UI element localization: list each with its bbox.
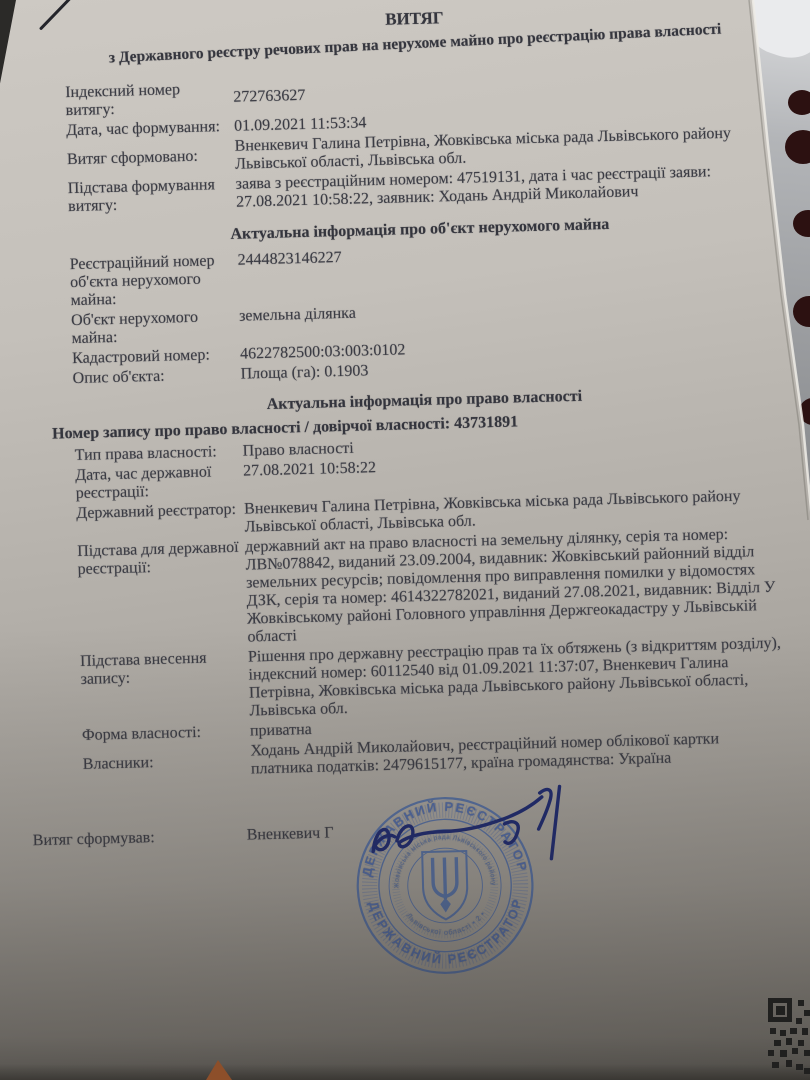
document-body: ВИТЯГ з Державного реєстру речових прав … [0, 0, 810, 785]
object-fields: Реєстраційний номер об'єкта нерухомого м… [69, 238, 774, 388]
field-label: Опис об'єкта: [72, 366, 240, 388]
field-label: Державний реєстратор: [76, 501, 244, 523]
signature-ink [353, 780, 586, 886]
field-value: 2444823146227 [237, 238, 771, 270]
field-label: Реєстраційний номер об'єкта нерухомого м… [69, 252, 238, 310]
field-label: Форма власності: [82, 723, 250, 745]
field-label: Підстава внесення запису: [80, 649, 249, 689]
ownership-fields: Тип права власності: Право власності Дат… [74, 429, 785, 783]
field-label: Підстава формування витягу: [67, 176, 236, 216]
field-label: Тип права власності: [74, 443, 242, 465]
field-label: Об'єкт нерухомого майна: [71, 308, 240, 348]
field-value: 272763627 [233, 75, 767, 107]
field-label: Дата, час державної реєстрації: [75, 463, 244, 503]
field-label: Витяг сформовано: [67, 147, 235, 169]
orange-fragment [206, 1060, 232, 1080]
bottom-shadow-strip [0, 1064, 810, 1080]
field-value: державний акт на право власності на земе… [245, 525, 782, 647]
field-label: Дата, час формування: [66, 118, 234, 140]
photo-of-document: ВИТЯГ з Державного реєстру речових прав … [0, 0, 810, 1080]
field-label: Власники: [83, 752, 251, 774]
qr-code-fragment [764, 990, 810, 1076]
field-row: Підстава для державної реєстрації: держа… [77, 525, 782, 651]
field-label: Підстава для державної реєстрації: [77, 539, 246, 579]
field-value: Рішення про державну реєстрацію прав та … [248, 635, 784, 721]
field-label: Індексний номер витягу: [65, 80, 234, 120]
field-label: Кадастровий номер: [72, 346, 240, 368]
header-fields: Індексний номер витягу: 272763627 Дата, … [65, 66, 770, 216]
